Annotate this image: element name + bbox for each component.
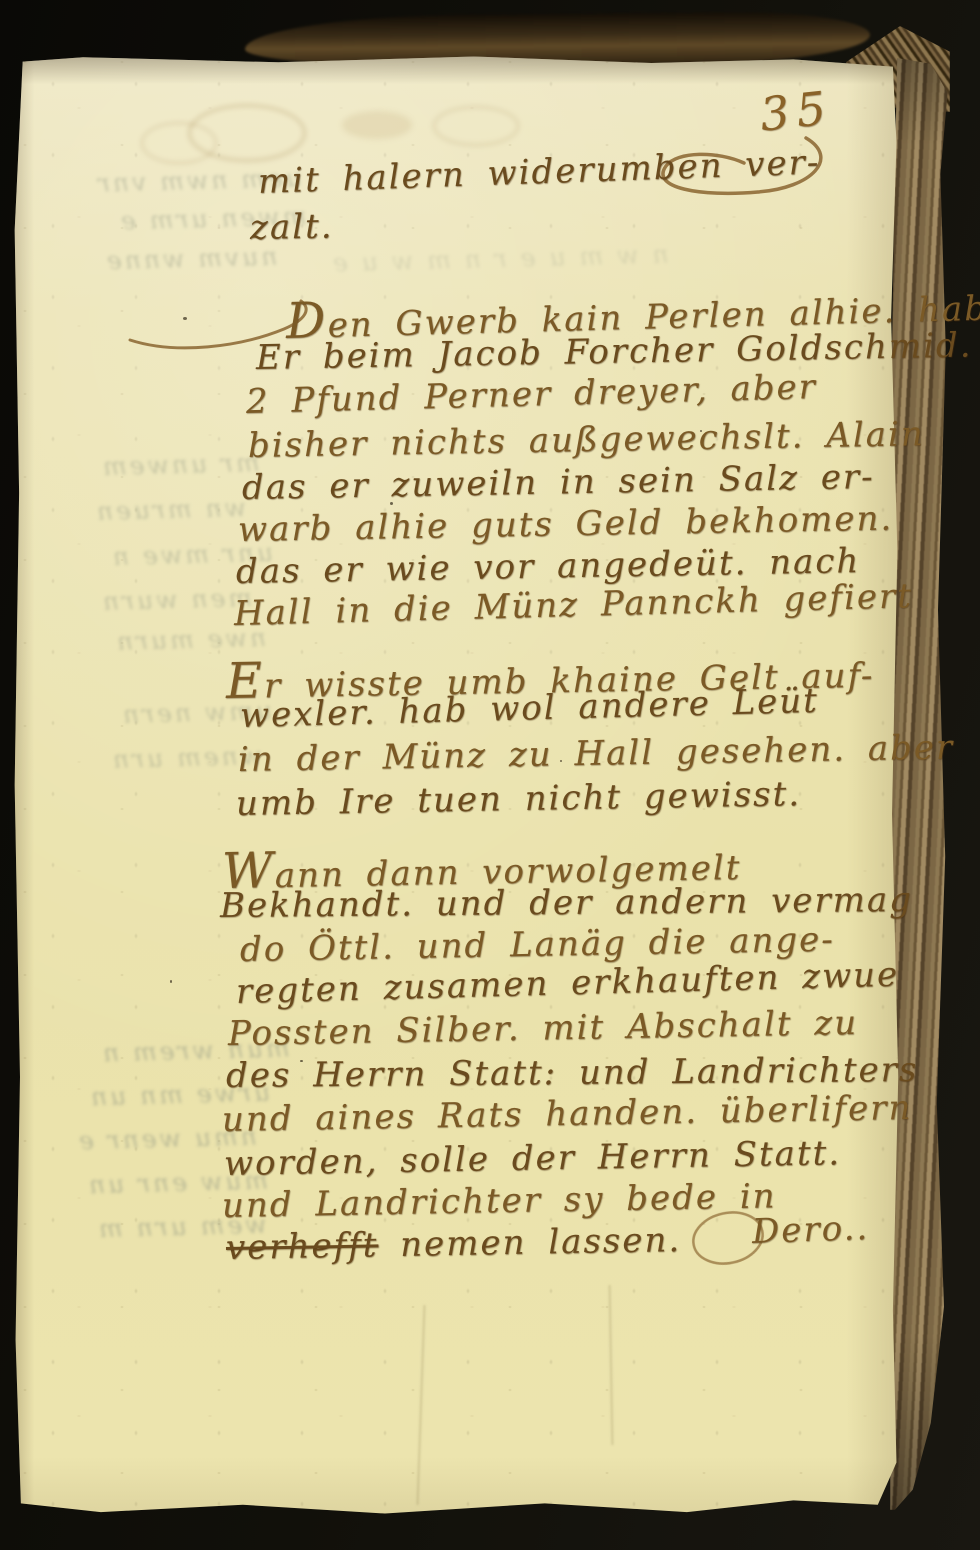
bleedthrough-line: mr unwem bbox=[100, 450, 260, 479]
handwriting-line: zalt. bbox=[250, 207, 334, 249]
stain-blob bbox=[342, 111, 412, 139]
stain-ring bbox=[140, 121, 218, 165]
manuscript-scan: uem nwm vnr mwen urm e nuvm wnne mr unwe… bbox=[0, 0, 980, 1550]
final-line-rest: nemen lassen. bbox=[378, 1220, 681, 1265]
handwriting-line: verhefft nemen lassen. bbox=[226, 1220, 682, 1269]
bleedthrough-line: wn mruen bbox=[94, 495, 247, 524]
struck-word: verhefft bbox=[226, 1225, 379, 1268]
ink-speck bbox=[183, 317, 187, 320]
ink-speck bbox=[170, 980, 172, 983]
bleedthrough-line: men wurn bbox=[100, 585, 253, 614]
paper-crease bbox=[609, 1285, 614, 1445]
paper-crease bbox=[417, 1305, 426, 1505]
catchword: Dero.. bbox=[751, 1208, 869, 1253]
page-number: 35 bbox=[757, 80, 835, 141]
stain-ring bbox=[432, 105, 520, 147]
